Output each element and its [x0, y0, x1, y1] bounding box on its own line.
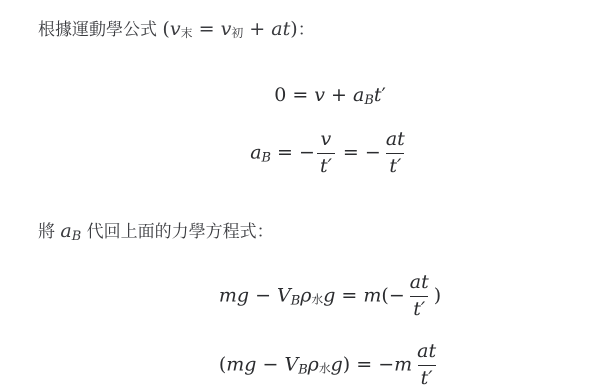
- paragraph-substitute-intro: 將 aB 代回上面的力學方程式：: [38, 220, 588, 246]
- document: 根據運動學公式 (v末 = v初 + at)： 0 = v + aBt′ aB …: [0, 0, 598, 391]
- math-fraction: vt′: [317, 129, 335, 178]
- math-fraction: att′: [383, 129, 408, 178]
- paragraph-kinematics-intro: 根據運動學公式 (v末 = v初 + at)：: [38, 18, 588, 44]
- equation-force-substituted: mg − VBρ水g = m(−att′): [38, 272, 598, 321]
- equation-velocity-zero: 0 = v + aBt′: [38, 86, 598, 108]
- math-fraction: att′: [407, 272, 432, 321]
- math-fraction: att′: [414, 341, 439, 390]
- equation-force-rearranged: (mg − VBρ水g) = −matt′: [38, 341, 598, 390]
- equation-acceleration-solved: aB = −vt′ = −att′: [38, 129, 598, 178]
